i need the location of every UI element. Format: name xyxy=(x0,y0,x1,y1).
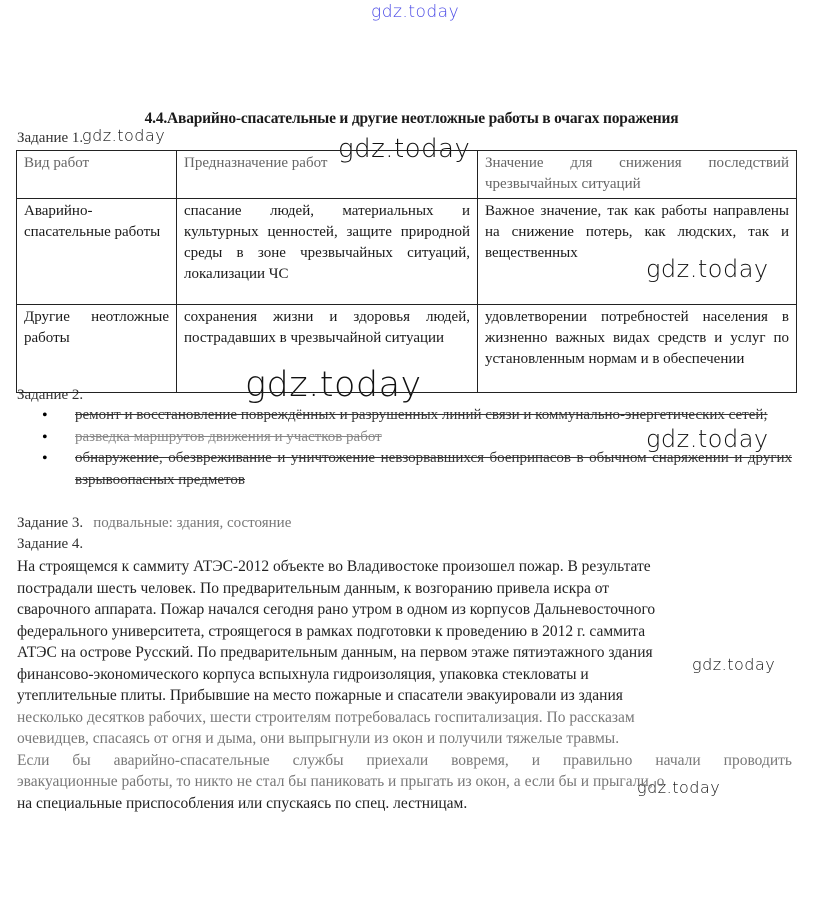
table-row: Другие неотложные работы сохранения жизн… xyxy=(17,305,797,393)
text-line: АТЭС на острове Русский. По предваритель… xyxy=(17,642,792,664)
table-cell: спасание людей, материальных и культурны… xyxy=(177,199,478,305)
text-line: на специальные приспособления или спуска… xyxy=(17,793,792,815)
list-item: обнаружение, обезвреживание и уничтожени… xyxy=(40,448,792,491)
table-cell: Другие неотложные работы xyxy=(17,305,177,393)
header-cell: Значение для снижения последствий чрезвы… xyxy=(478,151,797,199)
text-line: несколько десятков рабочих, шести строит… xyxy=(17,707,792,729)
text-line: федерального университета, строящегося в… xyxy=(17,621,792,643)
task-4-text: На строящемся к саммиту АТЭС-2012 объект… xyxy=(17,556,792,814)
task-3-label: Задание 3. xyxy=(17,515,83,531)
watermark: gdz.today xyxy=(82,126,165,145)
list-item: ремонт и восстановление повреждённых и р… xyxy=(40,405,792,427)
works-table: Вид работ Предназначение работ Значение … xyxy=(16,150,797,393)
header-cell: Предназначение работ xyxy=(177,151,478,199)
text-line: Если бы аварийно-спасательные службы при… xyxy=(17,750,792,772)
table-cell: удовлетворении потребностей населения в … xyxy=(478,305,797,393)
text-line: эвакуационные работы, то никто не стал б… xyxy=(17,771,792,793)
text-line: На строящемся к саммиту АТЭС-2012 объект… xyxy=(17,556,792,578)
text-line: утеплительные плиты. Прибывшие на место … xyxy=(17,685,792,707)
table-cell: Аварийно-спасательные работы xyxy=(17,199,177,305)
list-item: разведка маршрутов движения и участков р… xyxy=(40,427,792,449)
task-2-list: ремонт и восстановление повреждённых и р… xyxy=(40,405,792,491)
task-4-label: Задание 4. xyxy=(17,536,83,553)
task-3-answer: подвальные: здания, состояние xyxy=(93,515,291,531)
table-row: Аварийно-спасательные работы спасание лю… xyxy=(17,199,797,305)
text-line: очевидцев, спасаясь от огня и дыма, они … xyxy=(17,728,792,750)
watermark: gdz.today xyxy=(371,2,459,22)
table-cell: Важное значение, так как работы направле… xyxy=(478,199,797,305)
text-line: пострадали шесть человек. По предварител… xyxy=(17,578,792,600)
task-1-label: Задание 1. xyxy=(17,130,83,147)
task-2-label: Задание 2. xyxy=(17,387,83,404)
page-title: 4.4.Аварийно-спасательные и другие неотл… xyxy=(0,110,823,128)
table-cell: сохранения жизни и здоровья людей, постр… xyxy=(177,305,478,393)
text-line: сварочного аппарата. Пожар начался сегод… xyxy=(17,599,792,621)
task-3: Задание 3.подвальные: здания, состояние xyxy=(17,515,291,532)
header-cell: Вид работ xyxy=(17,151,177,199)
table-header-row: Вид работ Предназначение работ Значение … xyxy=(17,151,797,199)
text-line: финансово-экономического корпуса вспыхну… xyxy=(17,664,792,686)
